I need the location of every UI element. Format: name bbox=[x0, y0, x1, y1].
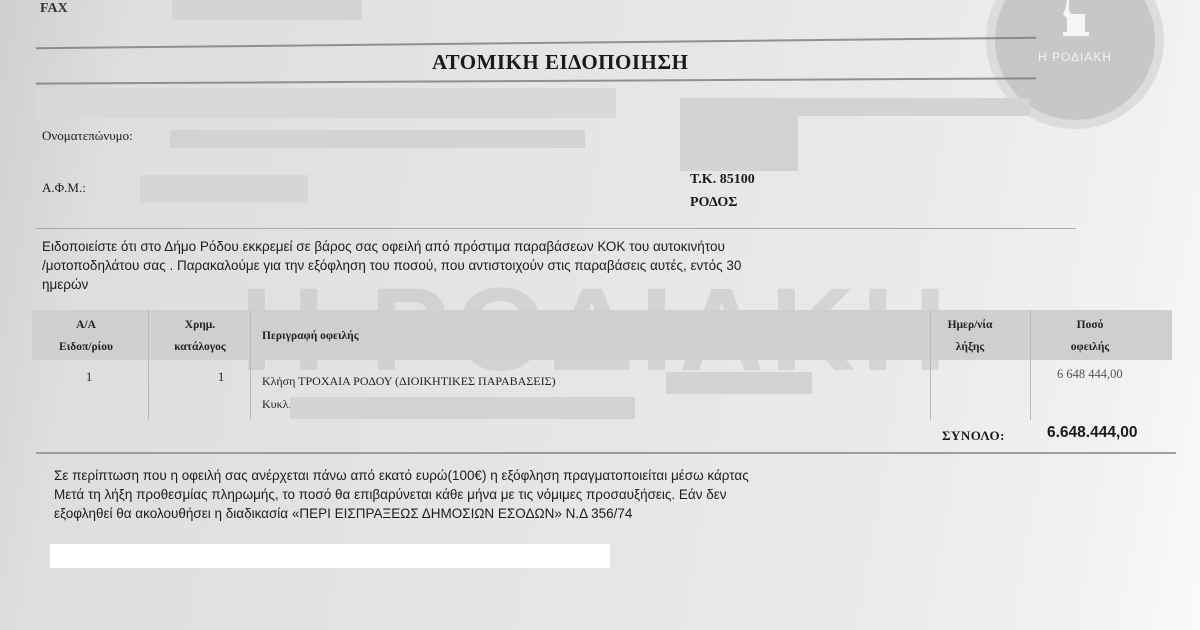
column-divider bbox=[250, 310, 251, 420]
column-divider bbox=[930, 310, 931, 420]
notice-line: Ειδοποιείστε ότι στο Δήμο Ρόδου εκκρεμεί… bbox=[42, 237, 1002, 256]
divider bbox=[36, 228, 1076, 229]
deer-icon bbox=[1057, 0, 1093, 42]
afm-label: Α.Φ.Μ.: bbox=[42, 180, 86, 196]
redacted-afm bbox=[140, 175, 308, 203]
postal-code: Τ.Κ. 85100 bbox=[690, 172, 755, 188]
redacted-plate bbox=[666, 372, 812, 394]
column-header-category: Χρημ.κατάλογος bbox=[160, 314, 240, 358]
notice-line: /μοτοποδηλάτου σας . Παρακαλούμε για την… bbox=[42, 256, 1002, 275]
column-divider bbox=[1030, 310, 1031, 420]
redacted-address bbox=[680, 116, 798, 171]
divider bbox=[36, 77, 1036, 84]
page-title: ΑΤΟΜΙΚΗ ΕΙΔΟΠΟΙΗΣΗ bbox=[432, 50, 688, 75]
column-header-amount: Ποσόοφειλής bbox=[1055, 314, 1125, 358]
footer-line: Σε περίπτωση που η οφειλή σας ανέρχεται … bbox=[54, 466, 1094, 485]
total-value: 6.648.444,00 bbox=[1047, 424, 1138, 442]
name-label: Ονοματεπώνυμο: bbox=[42, 128, 133, 144]
footer-paragraph: Σε περίπτωση που η οφειλή σας ανέρχεται … bbox=[54, 466, 1094, 523]
cell-amount: 6 648 444,00 bbox=[1057, 367, 1123, 382]
logo-text: Η ΡΟΔΙΑΚΗ bbox=[995, 50, 1155, 64]
divider bbox=[36, 37, 1036, 49]
cell-description-line2: Κυκλ. bbox=[262, 397, 291, 412]
redacted-fax bbox=[172, 0, 362, 20]
redacted-area bbox=[36, 88, 616, 118]
footer-line: εξοφληθεί θα ακολουθήσει η διαδικασία «Π… bbox=[54, 504, 1094, 523]
redacted-name bbox=[170, 130, 585, 148]
column-divider bbox=[148, 310, 149, 420]
cell-aa: 1 bbox=[86, 370, 92, 385]
column-header-aa: Α/ΑΕιδοπ/ρίου bbox=[40, 314, 132, 358]
footer-line: Μετά τη λήξη προθεσμίας πληρωμής, το ποσ… bbox=[54, 485, 1094, 504]
cell-description: Κλήση ΤΡΟΧΑΙΑ ΡΟΔΟΥ (ΔΙΟΙΚΗΤΙΚΕΣ ΠΑΡΑΒΑΣ… bbox=[262, 374, 556, 389]
cell-category: 1 bbox=[218, 370, 224, 385]
divider bbox=[36, 452, 1176, 454]
fax-label: FAX bbox=[40, 1, 68, 17]
notice-line: ημερών bbox=[42, 275, 1002, 294]
city: ΡΟΔΟΣ bbox=[690, 195, 737, 211]
total-label: ΣΥΝΟΛΟ: bbox=[942, 428, 1005, 444]
redacted-footer bbox=[50, 544, 610, 568]
column-header-description: Περιγραφή οφειλής bbox=[262, 325, 359, 347]
redacted-address bbox=[680, 98, 1030, 116]
redacted-vehicle bbox=[290, 397, 635, 419]
notice-paragraph: Ειδοποιείστε ότι στο Δήμο Ρόδου εκκρεμεί… bbox=[42, 237, 1002, 294]
column-header-deadline: Ημερ/νίαλήξης bbox=[935, 314, 1005, 358]
